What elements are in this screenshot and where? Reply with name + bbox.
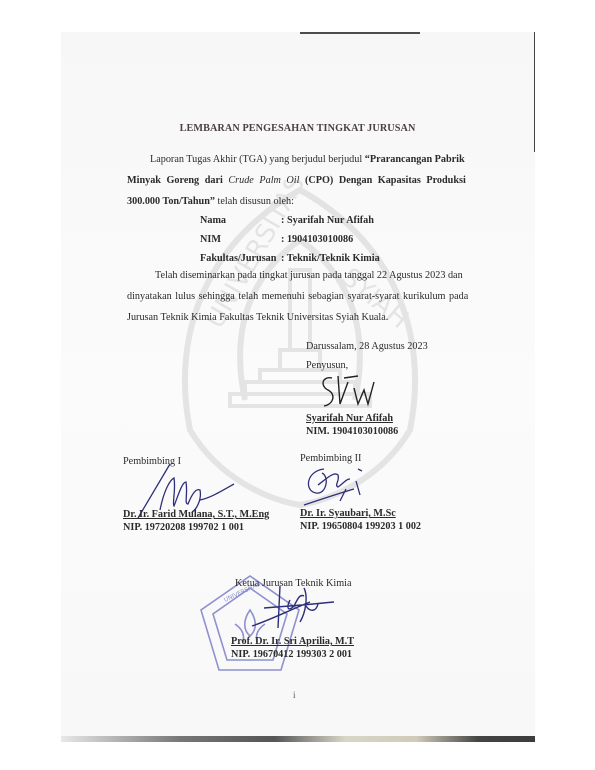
identity-label-faculty: Fakultas/Jurusan [200,252,276,265]
statement-line-2: dinyatakan lulus sehingga telah memenuhi… [127,290,468,303]
statement-line-3: Jurusan Teknik Kimia Fakultas Teknik Uni… [127,311,388,324]
statement-line-1: Telah diseminarkan pada tingkat jurusan … [155,269,463,282]
author-signature-icon [318,372,388,410]
page-number: i [293,690,296,700]
identity-value-nim: : 1904103010086 [281,233,353,246]
author-role: Penyusun, [306,359,348,372]
identity-value-faculty: : Teknik/Teknik Kimia [281,252,380,265]
thesis-title-part3: 300.000 Ton/Tahun” [127,196,215,207]
intro-suffix: telah disusun oleh: [215,196,294,207]
head-nip: NIP. 19670412 199303 2 001 [231,648,352,661]
head-name: Prof. Dr. Ir. Sri Aprilia, M.T [231,635,354,648]
page-title: LEMBARAN PENGESAHAN TINGKAT JURUSAN [0,123,595,134]
intro-line-1: Laporan Tugas Akhir (TGA) yang berjudul … [150,153,465,166]
place-date: Darussalam, 28 Agustus 2023 [306,340,428,353]
thesis-title-part2a: Minyak Goreng dari [127,175,228,186]
head-signature-icon [250,582,340,632]
supervisor-2-name: Dr. Ir. Syaubari, M.Sc [300,507,396,520]
thesis-title-part1: “Prarancangan Pabrik [365,154,465,165]
author-nim: NIM. 1904103010086 [306,425,398,438]
identity-label-name: Nama [200,214,226,227]
author-name: Syarifah Nur Afifah [306,412,393,425]
identity-label-nim: NIM [200,233,221,246]
supervisor-2-role: Pembimbing II [300,452,361,465]
intro-line-3: 300.000 Ton/Tahun” telah disusun oleh: [127,195,294,208]
supervisor-2-signature-icon [300,465,370,507]
supervisor-2-nip: NIP. 19650804 199203 1 002 [300,520,421,533]
thesis-title-italic: Crude Palm Oil [228,175,299,186]
supervisor-1-nip: NIP. 19720208 199702 1 001 [123,521,244,534]
thesis-title-part2b: (CPO) Dengan Kapasitas Produksi [299,175,465,186]
page-edge-top [300,32,420,34]
intro-prefix: Laporan Tugas Akhir (TGA) yang berjudul … [150,154,365,165]
page-edge-right [534,32,535,152]
page-edge-bottom [61,736,535,742]
identity-value-name: : Syarifah Nur Afifah [281,214,374,227]
supervisor-1-name: Dr. Ir. Farid Mulana, S.T., M.Eng [123,508,269,521]
intro-line-2: Minyak Goreng dari Crude Palm Oil (CPO) … [127,174,466,187]
